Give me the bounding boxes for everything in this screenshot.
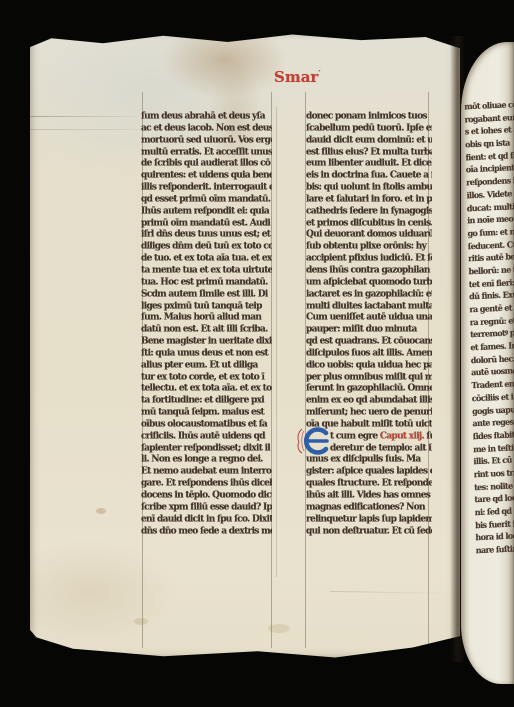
text-line: qui non deſtruatur. Et cū ſederet xyxy=(306,525,432,537)
text-line: miſerunt; hec uero de penuria ſua xyxy=(306,406,432,418)
text-line: de ſcribis qui audierat illos cō xyxy=(141,157,272,169)
text-segment: t cum egre xyxy=(330,431,380,441)
text-line: ſub obtentu plixe orōnis: hy xyxy=(306,240,432,252)
text-line: lare et ſalutari in foro. et in pmis xyxy=(306,193,432,205)
text-line: iſrl dn̄s deus tuus unus est; et xyxy=(141,228,272,240)
text-line: diſcipulos ſuos ait illis. Amen xyxy=(306,347,432,359)
text-line: eis in doctrina ſua. Cauete a ſcri xyxy=(306,169,432,181)
text-line: magnas edificationes? Non xyxy=(306,501,432,513)
text-line: dico uobis: quia uidua hec pau xyxy=(306,359,432,371)
text-line: cathedris ſedere in ſynagogis: xyxy=(306,205,432,217)
text-line: multi diuites iactabant multa. xyxy=(306,300,432,312)
text-line: Cum ueniſſet autē uidua una xyxy=(306,311,432,323)
parchment-stain xyxy=(134,618,148,625)
text-line: Et nemo audebat eum interro xyxy=(141,465,272,477)
text-line: relinquetur lapis ſup lapidem xyxy=(306,513,432,525)
initial-letter-artwork xyxy=(296,426,330,456)
text-line: mortuorū sed uiuorū. Vos ergo xyxy=(141,134,272,146)
text-line: liges pximū tuū tanquā teip xyxy=(141,300,272,312)
text-line: ac et deus iacob. Non est deus xyxy=(141,122,272,134)
parchment-crease xyxy=(330,591,460,594)
text-line: ta mente tua et ex tota uirtute xyxy=(141,264,272,276)
text-line: um aſpiciebat quomodo turba xyxy=(306,276,432,288)
text-segment: ſuū. xyxy=(424,431,432,441)
text-line: Ihūs autem reſpondit ei: quia xyxy=(141,205,272,217)
text-line: Scdm autem ſimile est illi. Di xyxy=(141,288,272,300)
text-line: alius pter eum. Et ut diliga xyxy=(141,359,272,371)
parchment-crease xyxy=(30,116,150,117)
text-line: quirentes: et uidens quia bene xyxy=(141,169,272,181)
text-line: eum libenter audiuit. Et dicebat xyxy=(306,157,432,169)
text-line: iactaret es in gazophilaciū: et xyxy=(306,288,432,300)
text-line: donec ponam inimicos tuos xyxy=(306,110,432,122)
text-line: ſcabellum pedū tuorū. Ipſe ergo xyxy=(306,122,432,134)
text-line: est filius eius? Et multa turba xyxy=(306,146,432,158)
text-segment: Caput xiij. xyxy=(380,431,424,441)
text-line: bis: qui uolunt in ſtolis ambu xyxy=(306,181,432,193)
text-line: multū erratis. Et acceſſit unus xyxy=(141,146,272,158)
text-line: accipient pfixius iudiciū. Et ſe xyxy=(306,252,432,264)
text-line: crificiis. Ihūs autē uidens qd xyxy=(141,430,272,442)
text-segment: deretur de templo: ait illi xyxy=(330,443,432,453)
text-line: ſti: quia unus deus et non est xyxy=(141,347,272,359)
text-line: qd esset primū oīm mandatū. xyxy=(141,193,272,205)
text-column-right: donec ponam inimicos tuosſcabellum pedū … xyxy=(306,110,432,536)
text-line: de tuo. et ex tota aīa tua. et ex to xyxy=(141,252,272,264)
text-line: mū tanquā ſeipm. maius est xyxy=(141,406,272,418)
text-line: oībus olocaustomatibus et ſa xyxy=(141,418,272,430)
text-line: Bene magister in ueritate dixi xyxy=(141,335,272,347)
text-line: ta fortitudine: et diligere pxi xyxy=(141,394,272,406)
text-line: datū non est. Et ait illi ſcriba. xyxy=(141,323,272,335)
text-line: docens in tēplo. Quomodo dicūt xyxy=(141,489,272,501)
text-column-left: ſum deus abrahā et deus yſaac et deus ia… xyxy=(141,110,272,536)
ruling-line xyxy=(276,107,277,577)
text-line: enim ex eo qd abundabat illis xyxy=(306,394,432,406)
text-line: gare. Et reſpondens ihūs dicebat xyxy=(141,477,272,489)
text-line: ſum deus abrahā et deus yſa xyxy=(141,110,272,122)
text-line: ihūs ait illi. Vides has omnes xyxy=(306,489,432,501)
text-line: tellectu. et ex tota aīa. et ex to xyxy=(141,382,272,394)
parchment-stain xyxy=(96,508,106,514)
chapter-initial-E xyxy=(296,426,330,456)
text-line: quales ſtructure. Et reſpondens xyxy=(306,477,432,489)
text-line: li. Non es longe a regno dei. xyxy=(141,453,272,465)
text-line: dens ihūs contra gazophilan xyxy=(306,264,432,276)
manuscript-page: Smar ſum deus abrahā et deus yſaac et de… xyxy=(30,32,460,660)
text-line: Qui deuorant domos uiduarū xyxy=(306,228,432,240)
facing-page-edge: mōt oliuae cōrogabant eums et iohes et a… xyxy=(461,42,514,684)
text-line: gister: aſpice quales lapides et xyxy=(306,465,432,477)
text-line: illis reſponderit. interrogauit eū xyxy=(141,181,272,193)
text-line: dauid dicit eum dominū: et unde xyxy=(306,134,432,146)
text-line: diliges dn̄m deū tuū ex toto cor xyxy=(141,240,272,252)
text-line: qd est quadrans. Et cōuocans xyxy=(306,335,432,347)
text-line: tua. Hoc est primū mandatū. xyxy=(141,276,272,288)
photo-background: Smar ſum deus abrahā et deus yſaac et de… xyxy=(0,0,514,707)
text-line: ſum. Maius horū aliud man xyxy=(141,311,272,323)
text-line: pauper: miſit duo minuta xyxy=(306,323,432,335)
facing-page-text: mōt oliuae cōrogabant eums et iohes et a… xyxy=(464,98,514,557)
text-line: dn̄s dn̄o meo ſede a dextris meis: xyxy=(141,525,272,537)
text-line: nare ſuſtinuerit u xyxy=(476,542,514,557)
text-line: enī dauid dicit in ſpu ſco. Dixit xyxy=(141,513,272,525)
running-title: Smar xyxy=(274,68,320,86)
text-line: ſerunt in gazophilaciū. Omnes xyxy=(306,382,432,394)
text-line: ſcribe xpm filiū esse dauid? Ipe xyxy=(141,501,272,513)
